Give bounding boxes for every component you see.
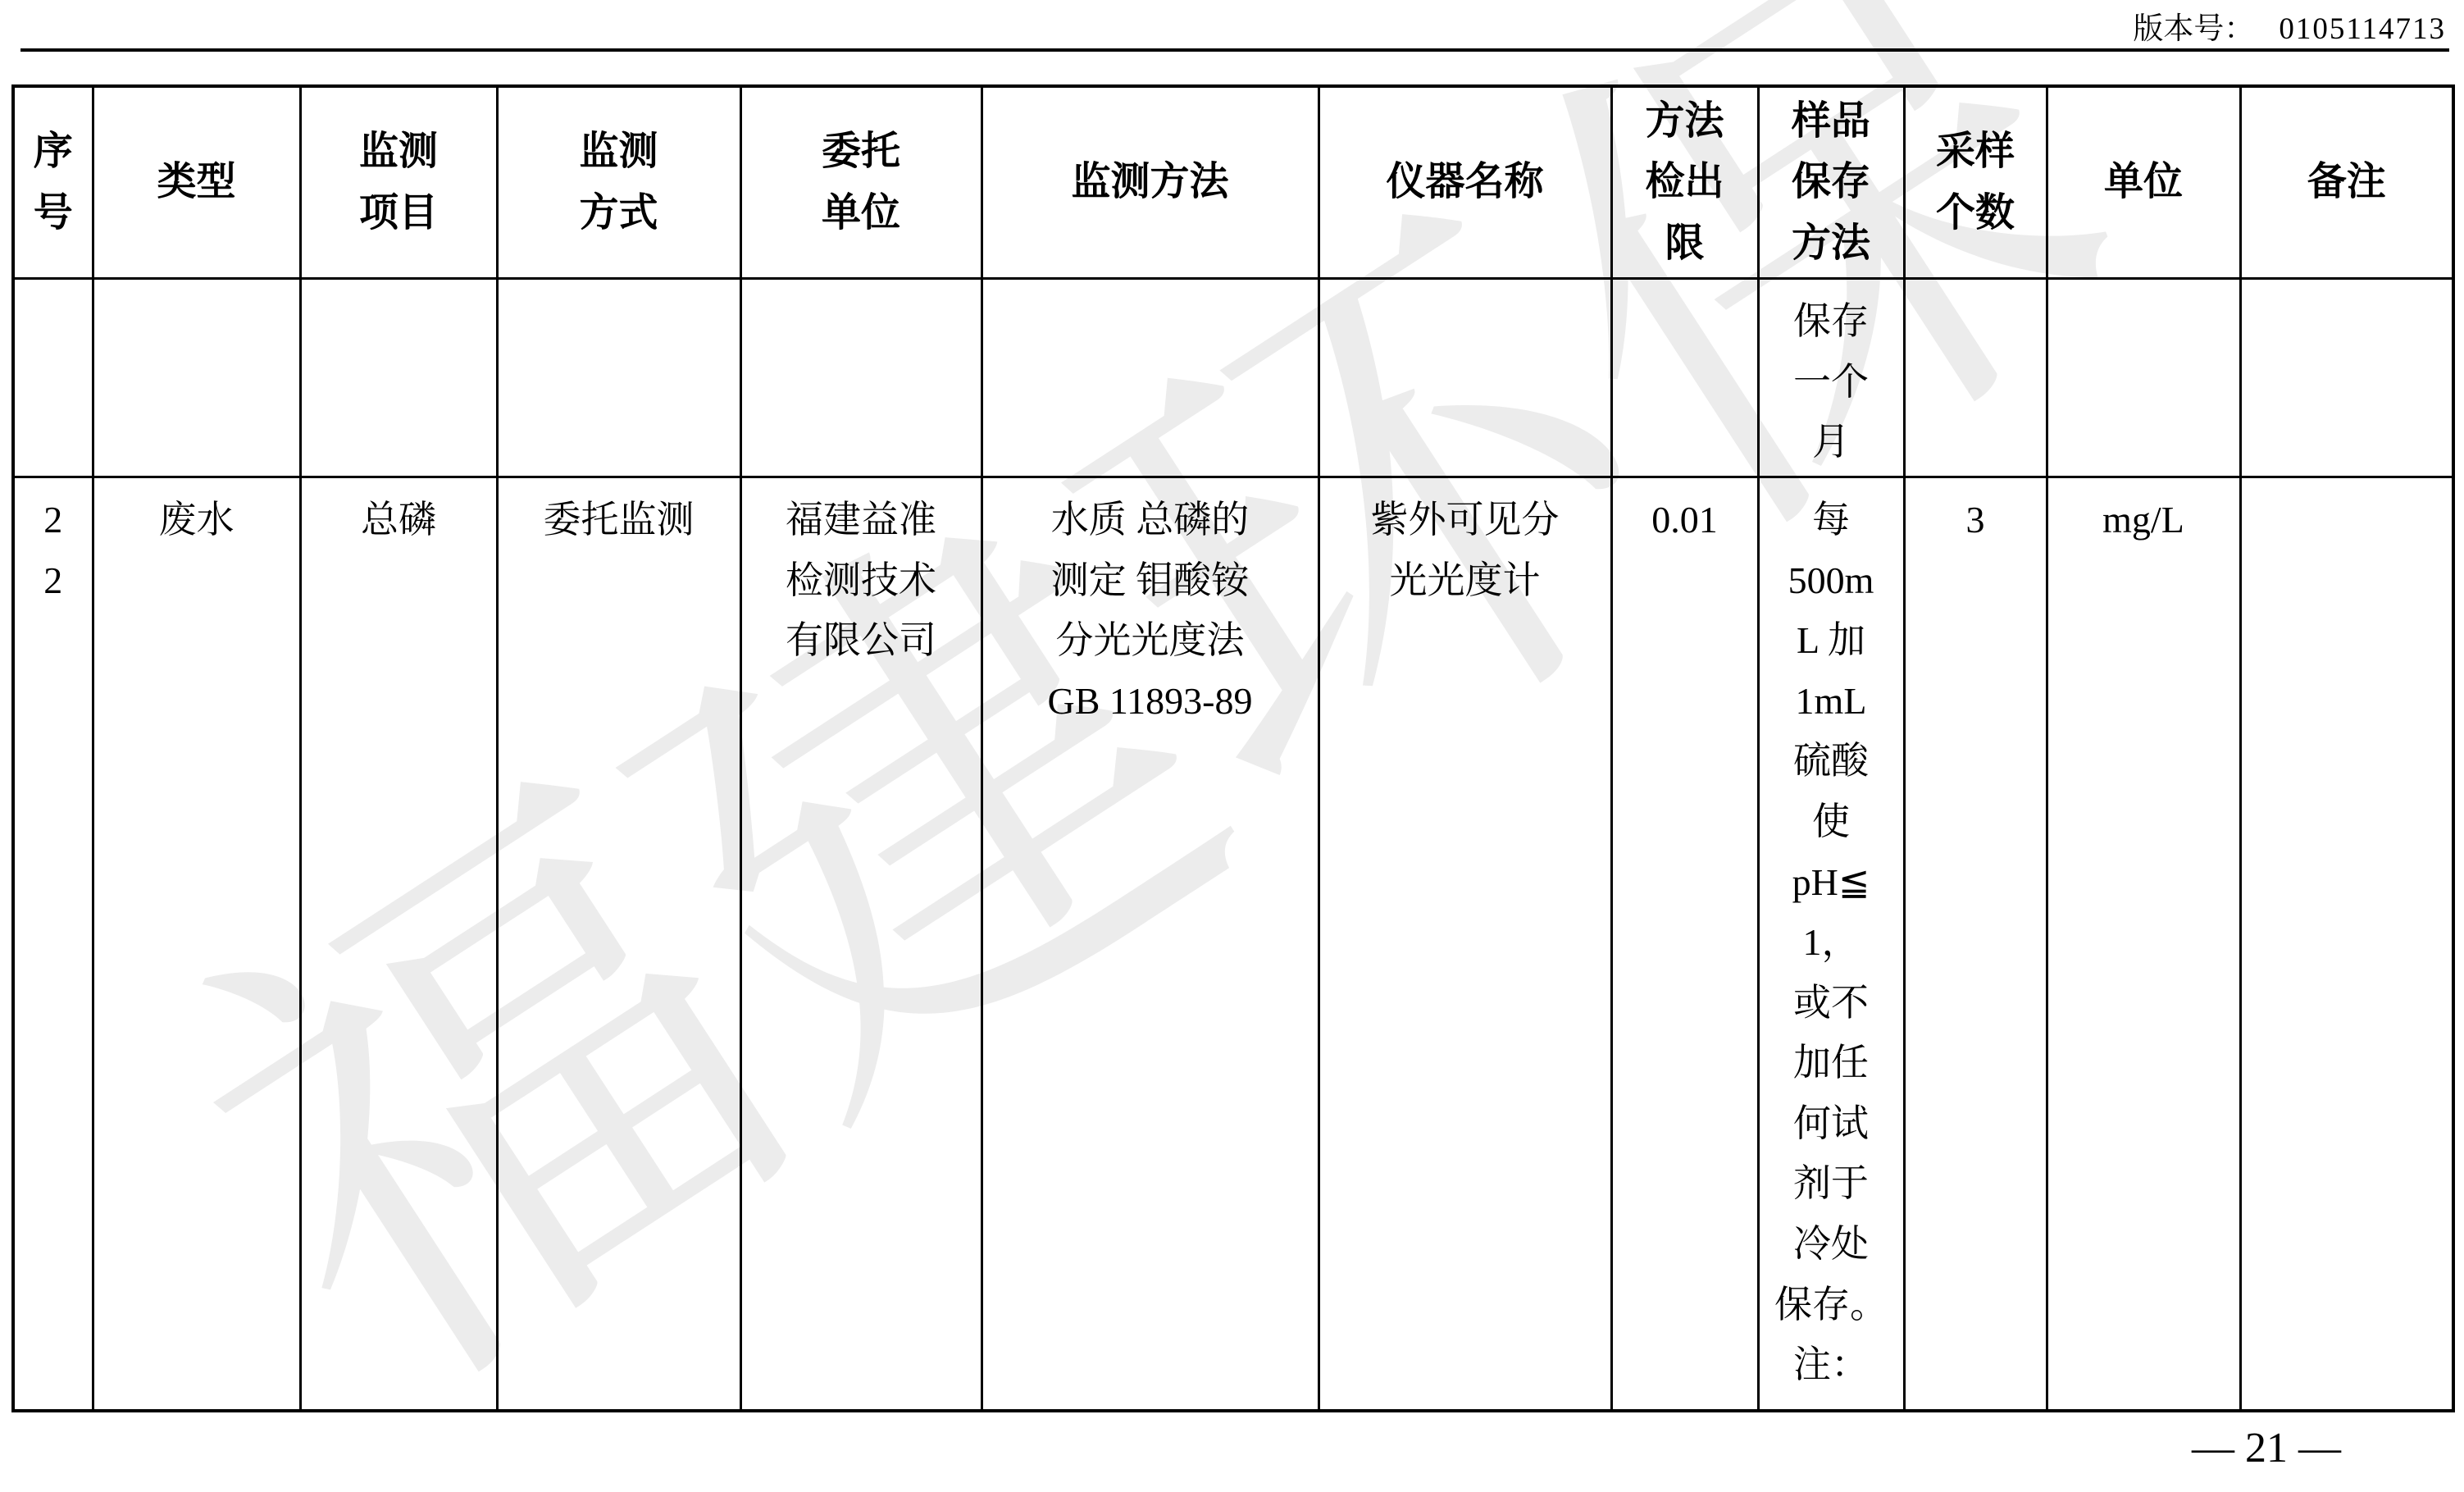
monitoring-table: 序 号 类型 监测 项目 监测 方式 委托 单位 监测方法 仪器名称 方法 检出… [11,84,2455,1412]
row22-cell-sample-count: 3 [1904,477,2047,1411]
cont-cell-unit [2047,279,2240,477]
cont-cell-item [300,279,497,477]
cont-cell-sample-preservation: 保存 一个 月 [1758,279,1904,477]
header-cell-type: 类型 [93,86,300,279]
row22-cell-mode: 委托监测 [497,477,740,1411]
header-cell-detection-limit: 方法 检出 限 [1611,86,1758,279]
cont-cell-instrument [1319,279,1611,477]
row22-cell-remark [2240,477,2453,1411]
row22-cell-sample-preservation: 每 500m L 加 1mL 硫酸 使 pH≦ 1， 或不 加任 何试 剂于 冷… [1758,477,1904,1411]
header-cell-remark: 备注 [2240,86,2453,279]
header-cell-sample-count: 采样 个数 [1904,86,2047,279]
row22-cell-type: 废水 [93,477,300,1411]
cont-cell-detection-limit [1611,279,1758,477]
version-label: 版本号： [2133,12,2254,46]
cont-cell-remark [2240,279,2453,477]
header-cell-instrument: 仪器名称 [1319,86,1611,279]
row22-cell-item: 总磷 [300,477,497,1411]
table-row-22: 2 2 废水 总磷 委托监测 福建益准 检测技术 有限公司 水质 总磷的 测定 … [13,477,2453,1411]
document-page: 福建环保 版本号：0105114713 序 号 类型 监测 项目 监测 方式 委… [0,0,2464,1492]
cont-cell-index [13,279,93,477]
version-line: 版本号：0105114713 [2133,3,2446,48]
row22-cell-entrusted-unit: 福建益准 检测技术 有限公司 [740,477,982,1411]
header-cell-index: 序 号 [13,86,93,279]
cont-cell-entrusted-unit [740,279,982,477]
header-cell-sample-preservation: 样品 保存 方法 [1758,86,1904,279]
header-divider [20,48,2449,52]
row22-cell-detection-limit: 0.01 [1611,477,1758,1411]
cont-cell-mode [497,279,740,477]
header-cell-unit: 单位 [2047,86,2240,279]
cont-cell-type [93,279,300,477]
cont-cell-method [982,279,1319,477]
header-cell-entrusted-unit: 委托 单位 [740,86,982,279]
row22-cell-index: 2 2 [13,477,93,1411]
cont-cell-sample-count [1904,279,2047,477]
row22-cell-unit: mg/L [2047,477,2240,1411]
version-number: 0105114713 [2279,12,2446,46]
header-cell-item: 监测 项目 [300,86,497,279]
row22-cell-method: 水质 总磷的 测定 钼酸铵 分光光度法 GB 11893-89 [982,477,1319,1411]
header-cell-method: 监测方法 [982,86,1319,279]
header-cell-mode: 监测 方式 [497,86,740,279]
row22-cell-instrument: 紫外可见分 光光度计 [1319,477,1611,1411]
table-row-continuation: 保存 一个 月 [13,279,2453,477]
page-number: — 21 — [2192,1424,2341,1472]
table-header-row: 序 号 类型 监测 项目 监测 方式 委托 单位 监测方法 仪器名称 方法 检出… [13,86,2453,279]
